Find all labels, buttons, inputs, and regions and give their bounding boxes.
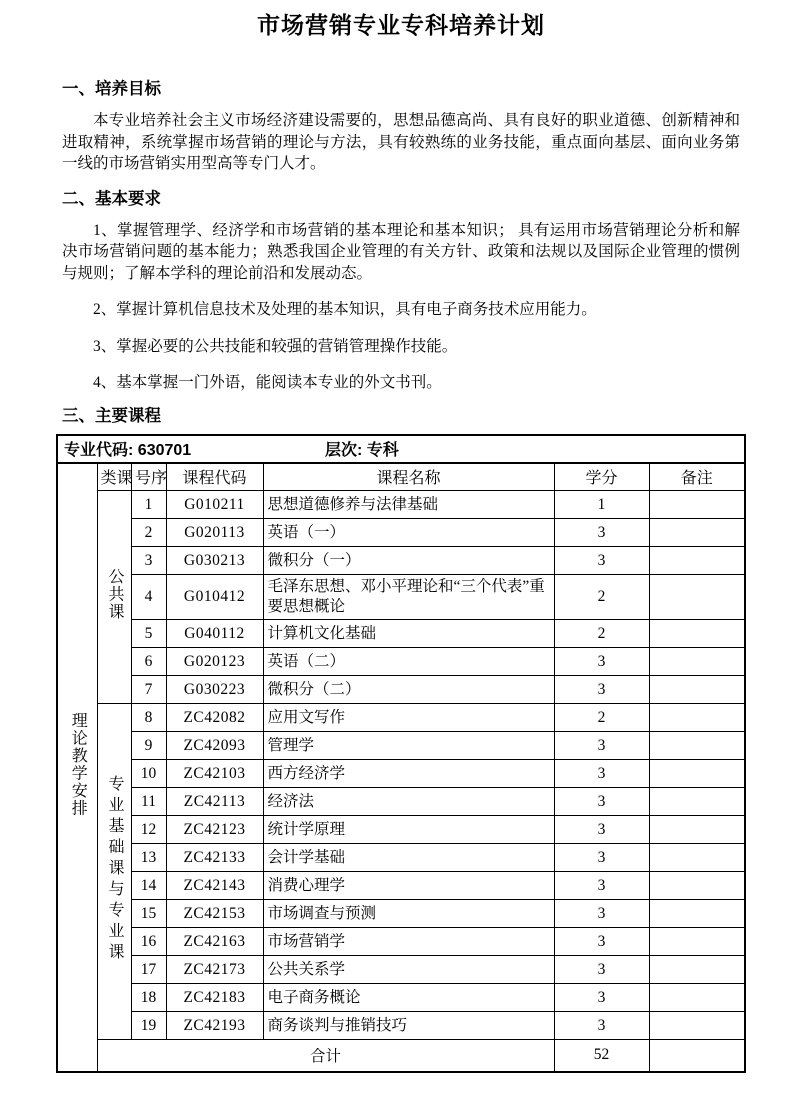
cell-seq: 11 — [131, 788, 166, 816]
cell-remarks — [649, 575, 745, 620]
cell-credits: 3 — [554, 547, 649, 575]
cell-seq: 12 — [131, 816, 166, 844]
cell-remarks — [649, 872, 745, 900]
document-page: 市场营销专业专科培养计划 一、培养目标 本专业培养社会主义市场经济建设需要的，思… — [0, 0, 800, 1097]
cell-code: ZC42153 — [166, 900, 263, 928]
course-row: 14ZC42143消费心理学3 — [57, 872, 745, 900]
cell-name: 电子商务概论 — [263, 984, 554, 1012]
cell-credits: 3 — [554, 676, 649, 704]
col-header-name: 课程名称 — [263, 463, 554, 491]
cell-code: G030213 — [166, 547, 263, 575]
col-header-seq: 序号 — [131, 463, 166, 491]
total-remarks — [649, 1040, 745, 1072]
cell-seq: 4 — [131, 575, 166, 620]
course-row: 9ZC42093管理学3 — [57, 732, 745, 760]
cell-name: 毛泽东思想、邓小平理论和“三个代表”重要思想概论 — [263, 575, 554, 620]
cell-seq: 17 — [131, 956, 166, 984]
course-row: 7G030223微积分（二）3 — [57, 676, 745, 704]
cell-credits: 3 — [554, 844, 649, 872]
cell-remarks — [649, 620, 745, 648]
course-row: 18ZC42183电子商务概论3 — [57, 984, 745, 1012]
cell-name: 市场营销学 — [263, 928, 554, 956]
cell-name: 西方经济学 — [263, 760, 554, 788]
cell-credits: 2 — [554, 575, 649, 620]
major-code-label: 专业代码: — [64, 442, 133, 459]
requirement-item-4: 4、基本掌握一门外语，能阅读本专业的外文书刊。 — [62, 372, 740, 394]
col-header-code: 课程代码 — [166, 463, 263, 491]
cell-code: ZC42123 — [166, 816, 263, 844]
cell-name: 应用文写作 — [263, 704, 554, 732]
cell-seq: 2 — [131, 519, 166, 547]
section-heading-basic-requirements: 二、基本要求 — [62, 189, 740, 209]
cell-name: 市场调查与预测 — [263, 900, 554, 928]
course-group-label: 公共课 — [97, 491, 131, 704]
cell-name: 计算机文化基础 — [263, 620, 554, 648]
cell-credits: 3 — [554, 956, 649, 984]
cell-code: ZC42143 — [166, 872, 263, 900]
course-table-wrapper: 专业代码: 630701 层次: 专科 理论教学安排 课类 — [56, 434, 740, 1073]
cell-name: 微积分（二） — [263, 676, 554, 704]
course-row: 3G030213微积分（一）3 — [57, 547, 745, 575]
cell-code: G020113 — [166, 519, 263, 547]
cell-credits: 3 — [554, 1012, 649, 1040]
cell-credits: 3 — [554, 928, 649, 956]
cell-remarks — [649, 984, 745, 1012]
cell-remarks — [649, 760, 745, 788]
course-row: 2G020113英语（一）3 — [57, 519, 745, 547]
cell-name: 管理学 — [263, 732, 554, 760]
section-heading-training-objectives: 一、培养目标 — [62, 79, 740, 99]
requirement-item-1: 1、掌握管理学、经济学和市场营销的基本理论和基本知识； 具有运用市场营销理论分析… — [62, 220, 740, 285]
cell-name: 会计学基础 — [263, 844, 554, 872]
cell-remarks — [649, 1012, 745, 1040]
cell-remarks — [649, 928, 745, 956]
cell-code: G020123 — [166, 648, 263, 676]
cell-code: ZC42082 — [166, 704, 263, 732]
course-row: 12ZC42123统计学原理3 — [57, 816, 745, 844]
course-row: 19ZC42193商务谈判与推销技巧3 — [57, 1012, 745, 1040]
cell-code: ZC42183 — [166, 984, 263, 1012]
cell-code: ZC42133 — [166, 844, 263, 872]
theory-teaching-arrangement-label: 理论教学安排 — [57, 463, 97, 1072]
course-row: 公共课1G010211思想道德修养与法律基础1 — [57, 491, 745, 519]
cell-remarks — [649, 732, 745, 760]
cell-code: G010211 — [166, 491, 263, 519]
course-row: 13ZC42133会计学基础3 — [57, 844, 745, 872]
major-code: 专业代码: 630701 — [58, 437, 325, 460]
cell-seq: 9 — [131, 732, 166, 760]
table-meta-row: 专业代码: 630701 层次: 专科 — [57, 435, 745, 463]
col-header-credits: 学分 — [554, 463, 649, 491]
cell-credits: 3 — [554, 760, 649, 788]
cell-remarks — [649, 676, 745, 704]
cell-code: G030223 — [166, 676, 263, 704]
course-row: 16ZC42163市场营销学3 — [57, 928, 745, 956]
cell-code: ZC42163 — [166, 928, 263, 956]
cell-credits: 3 — [554, 788, 649, 816]
requirement-item-3: 3、掌握必要的公共技能和较强的营销管理操作技能。 — [62, 336, 740, 358]
cell-remarks — [649, 547, 745, 575]
total-label: 合计 — [97, 1040, 554, 1072]
cell-credits: 2 — [554, 704, 649, 732]
page-title: 市场营销专业专科培养计划 — [62, 12, 740, 39]
cell-credits: 1 — [554, 491, 649, 519]
col-header-remarks: 备注 — [649, 463, 745, 491]
cell-remarks — [649, 900, 745, 928]
course-row: 11ZC42113经济法3 — [57, 788, 745, 816]
course-row: 4G010412毛泽东思想、邓小平理论和“三个代表”重要思想概论2 — [57, 575, 745, 620]
cell-code: ZC42103 — [166, 760, 263, 788]
course-row: 10ZC42103西方经济学3 — [57, 760, 745, 788]
level: 层次: 专科 — [325, 437, 399, 460]
cell-seq: 18 — [131, 984, 166, 1012]
cell-remarks — [649, 519, 745, 547]
cell-seq: 16 — [131, 928, 166, 956]
cell-credits: 3 — [554, 900, 649, 928]
course-row: 17ZC42173公共关系学3 — [57, 956, 745, 984]
cell-name: 微积分（一） — [263, 547, 554, 575]
cell-credits: 3 — [554, 984, 649, 1012]
cell-remarks — [649, 648, 745, 676]
cell-seq: 19 — [131, 1012, 166, 1040]
cell-credits: 3 — [554, 872, 649, 900]
cell-name: 统计学原理 — [263, 816, 554, 844]
course-table: 专业代码: 630701 层次: 专科 理论教学安排 课类 — [56, 434, 746, 1073]
cell-name: 公共关系学 — [263, 956, 554, 984]
cell-remarks — [649, 704, 745, 732]
cell-remarks — [649, 844, 745, 872]
cell-name: 消费心理学 — [263, 872, 554, 900]
total-credits: 52 — [554, 1040, 649, 1072]
cell-seq: 8 — [131, 704, 166, 732]
cell-name: 英语（二） — [263, 648, 554, 676]
cell-remarks — [649, 956, 745, 984]
cell-name: 经济法 — [263, 788, 554, 816]
training-objectives-paragraph: 本专业培养社会主义市场经济建设需要的，思想品德高尚、具有良好的职业道德、创新精神… — [62, 110, 740, 175]
cell-credits: 3 — [554, 519, 649, 547]
cell-name: 商务谈判与推销技巧 — [263, 1012, 554, 1040]
cell-credits: 3 — [554, 816, 649, 844]
cell-seq: 5 — [131, 620, 166, 648]
cell-seq: 6 — [131, 648, 166, 676]
cell-remarks — [649, 491, 745, 519]
requirement-item-2: 2、掌握计算机信息技术及处理的基本知识，具有电子商务技术应用能力。 — [62, 299, 740, 321]
document-content: 市场营销专业专科培养计划 一、培养目标 本专业培养社会主义市场经济建设需要的，思… — [0, 0, 800, 1073]
cell-seq: 1 — [131, 491, 166, 519]
cell-seq: 14 — [131, 872, 166, 900]
cell-seq: 7 — [131, 676, 166, 704]
section-heading-main-courses: 三、主要课程 — [62, 406, 740, 426]
course-group-label: 专业基础课与专业课 — [97, 704, 131, 1040]
cell-remarks — [649, 816, 745, 844]
cell-seq: 3 — [131, 547, 166, 575]
level-value: 专科 — [367, 442, 399, 459]
cell-credits: 3 — [554, 732, 649, 760]
major-code-value: 630701 — [138, 442, 191, 459]
total-row: 合计 52 — [57, 1040, 745, 1072]
cell-name: 思想道德修养与法律基础 — [263, 491, 554, 519]
cell-remarks — [649, 788, 745, 816]
course-row: 专业基础课与专业课8ZC42082应用文写作2 — [57, 704, 745, 732]
cell-code: ZC42173 — [166, 956, 263, 984]
cell-code: G040112 — [166, 620, 263, 648]
course-row: 15ZC42153市场调查与预测3 — [57, 900, 745, 928]
table-meta-cell: 专业代码: 630701 层次: 专科 — [57, 435, 745, 463]
cell-credits: 2 — [554, 620, 649, 648]
col-header-category: 课类 — [97, 463, 131, 491]
course-row: 5G040112计算机文化基础2 — [57, 620, 745, 648]
level-label: 层次: — [325, 442, 362, 459]
cell-code: ZC42193 — [166, 1012, 263, 1040]
cell-seq: 10 — [131, 760, 166, 788]
course-row: 6G020123英语（二）3 — [57, 648, 745, 676]
cell-code: G010412 — [166, 575, 263, 620]
cell-credits: 3 — [554, 648, 649, 676]
cell-code: ZC42113 — [166, 788, 263, 816]
table-header-row: 理论教学安排 课类 序号 课程代码 课程名称 学分 备注 — [57, 463, 745, 491]
cell-seq: 15 — [131, 900, 166, 928]
cell-name: 英语（一） — [263, 519, 554, 547]
cell-code: ZC42093 — [166, 732, 263, 760]
cell-seq: 13 — [131, 844, 166, 872]
